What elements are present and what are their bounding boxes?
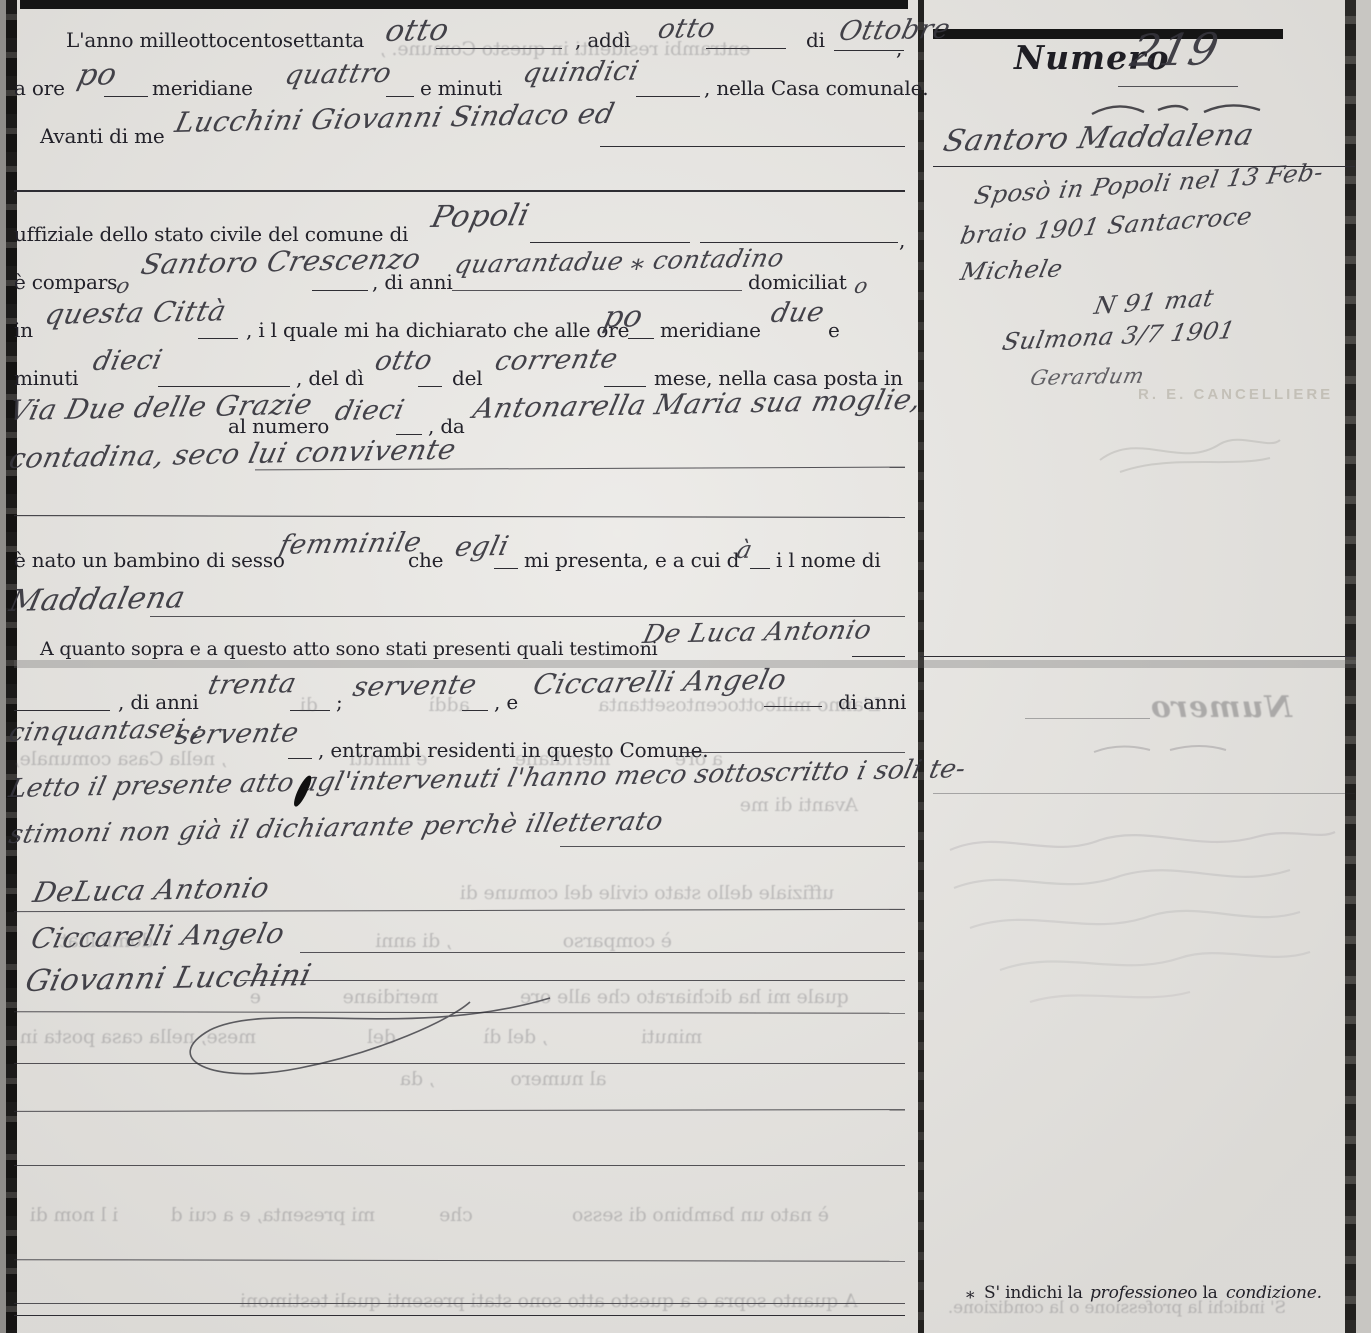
fill-rule (636, 96, 700, 97)
fill-rule (852, 656, 905, 657)
bleedthrough-text: Avanti di me (740, 794, 858, 817)
bleedthrough-text: minuti , del dì del mese, nella casa pos… (20, 1026, 702, 1049)
fill-rule (14, 710, 110, 711)
blank-rule (14, 1063, 905, 1064)
fill-rule (418, 386, 442, 387)
label-di: di (806, 28, 825, 52)
label-e: e (828, 318, 840, 342)
bleedthrough-handwriting (940, 820, 1340, 1010)
fill-rule (750, 568, 770, 569)
top-border-bar (20, 0, 908, 9)
margin-rule (933, 793, 1355, 794)
hw-sex: femminile (276, 527, 425, 561)
bleedthrough-rule (1025, 718, 1150, 719)
signature-rule (14, 909, 905, 912)
label-e-minuti: e minuti (420, 76, 502, 100)
hw-birth-minutes: dieci (90, 345, 166, 377)
bleedthrough-footnote: S' indichi la professione o la condizion… (948, 1298, 1286, 1318)
hw-annotation-line4: N 91 mat (1092, 284, 1216, 320)
label-nato-sesso: è nato un bambino di sesso (14, 548, 285, 572)
blank-rule (14, 1315, 905, 1316)
blank-rule (14, 1109, 905, 1112)
hw-child-name: Maddalena (6, 580, 189, 619)
label-comparso: è compars (14, 270, 117, 294)
label-del: del (452, 366, 482, 390)
label-uffiziale: uffiziale dello stato civile del comune … (14, 222, 408, 246)
hw-egli: egli (452, 531, 512, 563)
label-di-anni-w1: , di anni (118, 690, 199, 714)
label-al-numero: al numero (228, 414, 329, 438)
label-year: L'anno milleottocentosettanta (66, 28, 364, 52)
label-minuti: minuti (14, 366, 78, 390)
blank-rule (14, 1259, 905, 1262)
scanned-birth-record: L'anno milleottocentosettanta otto , add… (0, 0, 1371, 1333)
fill-rule (628, 338, 654, 339)
fill-rule (104, 96, 148, 97)
fill-rule (560, 846, 905, 847)
fill-rule (494, 568, 518, 569)
bleedthrough-text: L'anno milleottocentosettanta addì di (300, 694, 881, 717)
blank-rule (14, 1165, 905, 1166)
signature-witness1: DeLuca Antonio (30, 871, 273, 909)
label-nome-di: i l nome di (776, 548, 881, 572)
fill-rule (604, 386, 646, 387)
hw-annotation-signature: Gerardum (1028, 364, 1147, 390)
hw-margin-child-name: Santoro Maddalena (940, 118, 1257, 159)
hw-closing-line2: stimoni non già il dichiarante perchè il… (6, 806, 666, 850)
label-presenta: mi presenta, e a cui d (524, 548, 739, 572)
hw-comune: Popoli (428, 198, 533, 235)
signature-rule (240, 980, 905, 981)
hw-birth-day: otto (372, 345, 436, 377)
hw-witness2-occupation: servente (172, 717, 302, 751)
bleedthrough-flourish (1090, 740, 1230, 760)
label-avanti-di-me: Avanti di me (40, 124, 165, 148)
hw-residence: questa Città (42, 294, 230, 331)
label-comma: , (899, 228, 905, 252)
label-a-ore: a ore (14, 76, 65, 100)
label-quale-dichiarato: , i l quale mi ha dichiarato che alle or… (246, 318, 629, 342)
cancelliere-stamp: R. E. CANCELLIERE (1138, 386, 1333, 403)
hw-domiciliato-vowel: o (852, 274, 871, 298)
faint-signature-squiggle (1090, 420, 1290, 480)
blank-rule (14, 515, 905, 518)
bleedthrough-text: a ore meridiane e minuti , nella Casa co… (14, 748, 723, 771)
fill-rule (312, 290, 368, 291)
bleedthrough-text: è nato un bambino di sesso che mi presen… (30, 1204, 829, 1227)
fill-rule (600, 146, 905, 147)
label-in: in (14, 318, 33, 342)
label-comma: , (896, 36, 902, 60)
fill-rule (198, 338, 238, 339)
margin-rule (920, 656, 1356, 657)
hw-da-vowel: à (734, 536, 755, 564)
hw-birth-hour: due (768, 297, 827, 329)
page-right-margin (1356, 0, 1371, 1333)
label-meridiane2: meridiane (660, 318, 761, 342)
hw-hour: quattro (282, 58, 395, 91)
bleedthrough-numero: Numero (1150, 690, 1292, 725)
hw-annotation-line3: Michele (958, 255, 1066, 286)
fill-rule (158, 386, 290, 387)
hw-act-number: 219 (1126, 24, 1224, 77)
hw-officer-name: Lucchini Giovanni Sindaco ed (172, 97, 618, 139)
label-domiciliato: domiciliat (748, 270, 847, 294)
hw-birth-month: corrente (492, 343, 621, 377)
fill-rule (386, 96, 414, 97)
bleedthrough-text: uffiziale dello stato civile del comune … (460, 882, 834, 905)
hw-month: Ottobre (836, 14, 953, 47)
hw-meridian: po (74, 57, 120, 93)
label-casa-comunale: , nella Casa comunale. (704, 76, 928, 100)
hw-birth-meridian: po (600, 299, 646, 335)
section-rule (14, 190, 905, 192)
fill-rule (452, 290, 742, 291)
hw-house-number: dieci (332, 395, 408, 427)
fill-rule (1118, 86, 1238, 87)
label-di-anni: , di anni (372, 270, 453, 294)
fill-rule (530, 242, 690, 243)
hw-annotation-line5: Sulmona 3/7 1901 (1000, 316, 1238, 356)
hw-annotation-line2: braio 1901 Santacroce (958, 202, 1255, 250)
label-testimoni: A quanto sopra e a questo atto sono stat… (40, 638, 658, 661)
fill-rule (834, 50, 904, 51)
hw-mother-name: Antonarella Maria sua moglie, (470, 383, 925, 425)
hw-witness1-name: De Luca Antonio (640, 615, 875, 650)
hw-minutes: quindici (520, 56, 642, 89)
bleedthrough-text: quale mi ha dichiarato che alle ore meri… (250, 986, 849, 1009)
hw-age-occupation: quarantadue ⁎ contadino (452, 243, 787, 279)
fill-rule (700, 242, 898, 243)
label-che: che (408, 548, 443, 572)
hw-witness1-age: trenta (205, 668, 300, 701)
label-del-di: , del dì (296, 366, 364, 390)
bleedthrough-text: A quanto sopra e a questo atto sono stat… (240, 1290, 858, 1313)
bleedthrough-text: è comparso , di anni domiciliat (60, 930, 672, 953)
label-meridiane: meridiane (152, 76, 253, 100)
bleedthrough-text: al numero , da (400, 1068, 607, 1091)
